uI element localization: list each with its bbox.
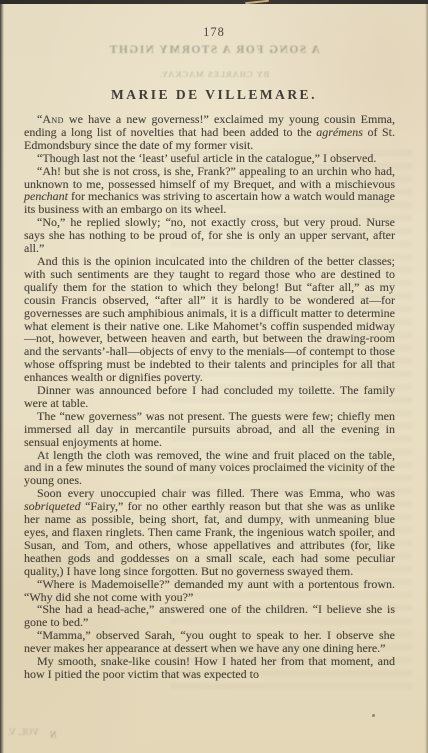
paragraph: And this is the opinion inculcated into … [24,255,395,384]
body-text: “And we have a new governess!” exclaimed… [24,113,395,681]
paragraph: “Mamma,” observed Sarah, “you ought to s… [24,629,395,655]
bleedthrough-title: A SONG FOR A STORMY NIGHT [0,44,428,56]
page-title: MARIE DE VILLEMARE. [0,87,428,103]
paragraph: “She had a head-ache,” answered one of t… [24,603,395,629]
page-number: 178 [0,25,428,40]
paragraph: The “new governess” was not present. The… [24,410,395,449]
paragraph: At length the cloth was removed, the win… [24,449,395,488]
paragraph: “And we have a new governess!” exclaimed… [24,113,395,152]
page-left-edge [0,0,4,753]
paragraph: “No,” he replied slowly; “no, not exactl… [24,216,395,255]
ink-speck [372,714,375,717]
page-top-edge [0,0,428,4]
paragraph: Dinner was announced before I had conclu… [24,384,395,410]
signature-mark: N [50,730,57,740]
paragraph: My smooth, snake-like cousin! How I hate… [24,655,395,681]
paragraph: “Ah! but she is not cross, is she, Frank… [24,165,395,217]
paragraph: Soon every unoccupied chair was filled. … [24,487,395,577]
paragraph: “Where is Mademoiselle?” demanded my aun… [24,578,395,604]
bleedthrough-byline: BY CHARLES MACKAY. [0,69,428,79]
scanned-book-page: 178 A SONG FOR A STORMY NIGHT BY CHARLES… [0,0,428,753]
bleedthrough-volume-mark: VOL. V. [8,727,38,737]
